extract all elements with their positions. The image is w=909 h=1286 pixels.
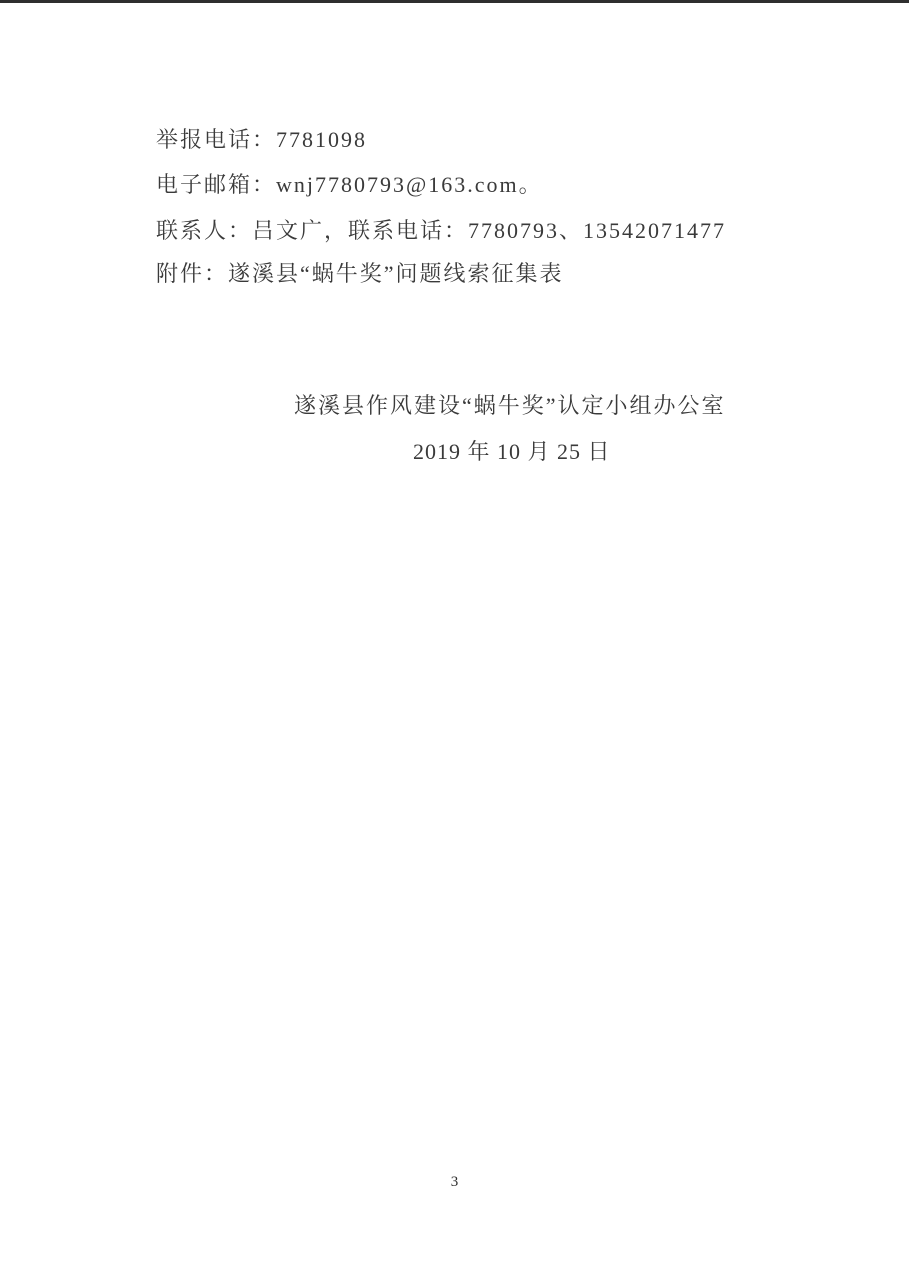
document-page: 举报电话：7781098 电子邮箱：wnj7780793@163.com。 联系… xyxy=(0,0,909,1286)
date-line: 2019 年 10 月 25 日 xyxy=(413,438,611,466)
page-top-edge xyxy=(0,0,909,3)
contact-person-line: 联系人：吕文广，联系电话：7780793、13542071477 xyxy=(156,217,726,245)
attachment-line: 附件：遂溪县“蜗牛奖”问题线索征集表 xyxy=(156,260,564,288)
email-line: 电子邮箱：wnj7780793@163.com。 xyxy=(156,171,543,199)
report-phone-line: 举报电话：7781098 xyxy=(156,126,367,154)
page-number: 3 xyxy=(0,1172,909,1192)
signing-office-line: 遂溪县作风建设“蜗牛奖”认定小组办公室 xyxy=(294,392,726,420)
